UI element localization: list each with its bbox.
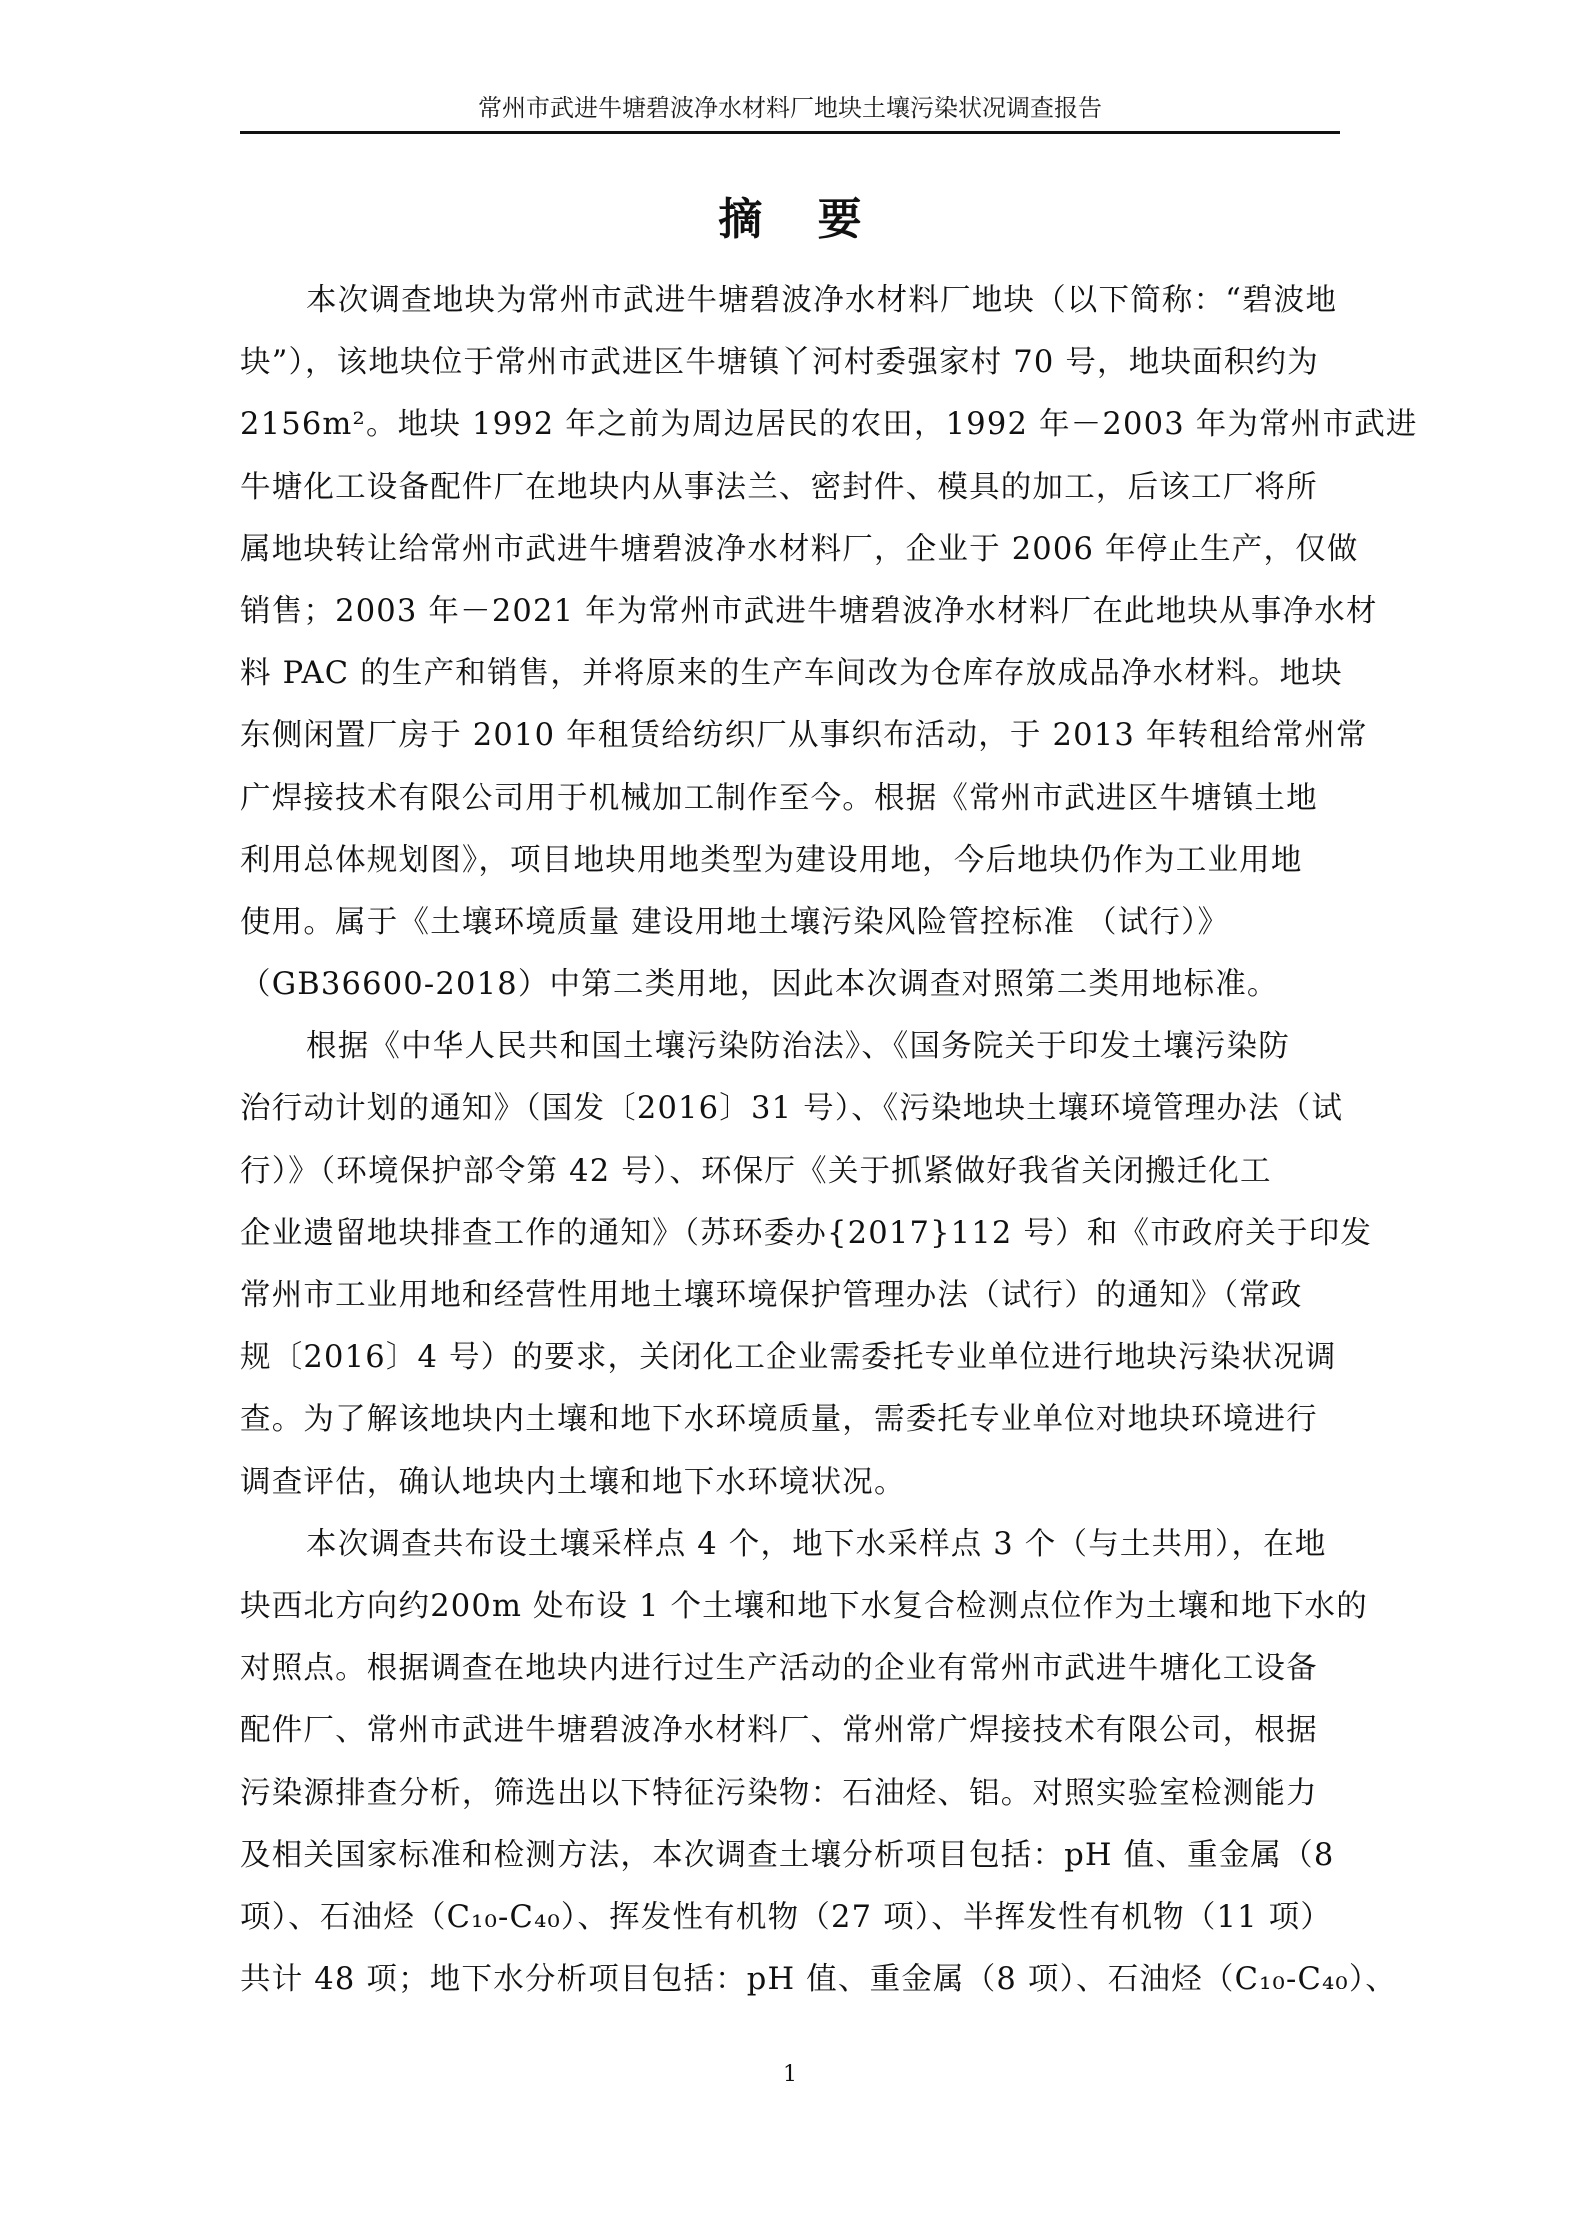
document-body: 本次调查地块为常州市武进牛塘碧波净水材料厂地块（以下简称：“碧波地 块”），该地… xyxy=(240,270,1345,2011)
page-number: 1 xyxy=(0,2060,1580,2090)
text-line: 对照点。根据调查在地块内进行过生产活动的企业有常州市武进牛塘化工设备 xyxy=(240,1638,1345,1700)
text-line: 东侧闲置厂房于 2010 年租赁给纺织厂从事织布活动，于 2013 年转租给常州… xyxy=(240,705,1345,767)
text-line: 污染源排查分析，筛选出以下特征污染物：石油烃、铝。对照实验室检测能力 xyxy=(240,1763,1345,1825)
text-line: 2156m²。地块 1992 年之前为周边居民的农田，1992 年－2003 年… xyxy=(240,394,1345,456)
text-line: 本次调查共布设土壤采样点 4 个，地下水采样点 3 个（与土共用），在地 xyxy=(240,1514,1345,1576)
text-line: 治行动计划的通知》（国发〔2016〕31 号）、《污染地块土壤环境管理办法（试 xyxy=(240,1078,1345,1140)
text-line: 企业遗留地块排查工作的通知》（苏环委办{2017}112 号）和《市政府关于印发 xyxy=(240,1203,1345,1265)
text-line: 常州市工业用地和经营性用地土壤环境保护管理办法（试行）的通知》（常政 xyxy=(240,1265,1345,1327)
running-header: 常州市武进牛塘碧波净水材料厂地块土壤污染状况调查报告 xyxy=(240,92,1340,124)
text-line: 属地块转让给常州市武进牛塘碧波净水材料厂，企业于 2006 年停止生产，仅做 xyxy=(240,519,1345,581)
text-line: 利用总体规划图》，项目地块用地类型为建设用地，今后地块仍作为工业用地 xyxy=(240,830,1345,892)
text-line: 块”），该地块位于常州市武进区牛塘镇丫河村委强家村 70 号，地块面积约为 xyxy=(240,332,1345,394)
text-line: 块西北方向约200m 处布设 1 个土壤和地下水复合检测点位作为土壤和地下水的 xyxy=(240,1576,1345,1638)
paragraph-site-overview: 本次调查地块为常州市武进牛塘碧波净水材料厂地块（以下简称：“碧波地 块”），该地… xyxy=(240,270,1345,1016)
text-line: 广焊接技术有限公司用于机械加工制作至今。根据《常州市武进区牛塘镇土地 xyxy=(240,768,1345,830)
header-divider xyxy=(240,131,1340,134)
text-line: 查。为了解该地块内土壤和地下水环境质量，需委托专业单位对地块环境进行 xyxy=(240,1389,1345,1451)
paragraph-sampling-plan: 本次调查共布设土壤采样点 4 个，地下水采样点 3 个（与土共用），在地 块西北… xyxy=(240,1514,1345,2012)
page-title: 摘 要 xyxy=(240,192,1340,248)
text-line: 使用。属于《土壤环境质量 建设用地土壤污染风险管控标准 （试行）》 xyxy=(240,892,1345,954)
text-line: 行）》（环境保护部令第 42 号）、环保厅《关于抓紧做好我省关闭搬迁化工 xyxy=(240,1141,1345,1203)
text-line: 销售；2003 年－2021 年为常州市武进牛塘碧波净水材料厂在此地块从事净水材 xyxy=(240,581,1345,643)
text-line: 调查评估，确认地块内土壤和地下水环境状况。 xyxy=(240,1452,1345,1514)
text-line: 本次调查地块为常州市武进牛塘碧波净水材料厂地块（以下简称：“碧波地 xyxy=(240,270,1345,332)
paragraph-legal-basis: 根据《中华人民共和国土壤污染防治法》、《国务院关于印发土壤污染防 治行动计划的通… xyxy=(240,1016,1345,1514)
text-line: 共计 48 项；地下水分析项目包括：pH 值、重金属（8 项）、石油烃（C₁₀-… xyxy=(240,1949,1345,2011)
text-line: 及相关国家标准和检测方法，本次调查土壤分析项目包括：pH 值、重金属（8 xyxy=(240,1825,1345,1887)
text-line: 规〔2016〕4 号）的要求，关闭化工企业需委托专业单位进行地块污染状况调 xyxy=(240,1327,1345,1389)
text-line: 料 PAC 的生产和销售，并将原来的生产车间改为仓库存放成品净水材料。地块 xyxy=(240,643,1345,705)
text-line: 配件厂、常州市武进牛塘碧波净水材料厂、常州常广焊接技术有限公司，根据 xyxy=(240,1700,1345,1762)
text-line: 牛塘化工设备配件厂在地块内从事法兰、密封件、模具的加工，后该工厂将所 xyxy=(240,457,1345,519)
text-line: 项）、石油烃（C₁₀-C₄₀）、挥发性有机物（27 项）、半挥发性有机物（11 … xyxy=(240,1887,1345,1949)
text-line: （GB36600-2018）中第二类用地，因此本次调查对照第二类用地标准。 xyxy=(240,954,1345,1016)
text-line: 根据《中华人民共和国土壤污染防治法》、《国务院关于印发土壤污染防 xyxy=(240,1016,1345,1078)
